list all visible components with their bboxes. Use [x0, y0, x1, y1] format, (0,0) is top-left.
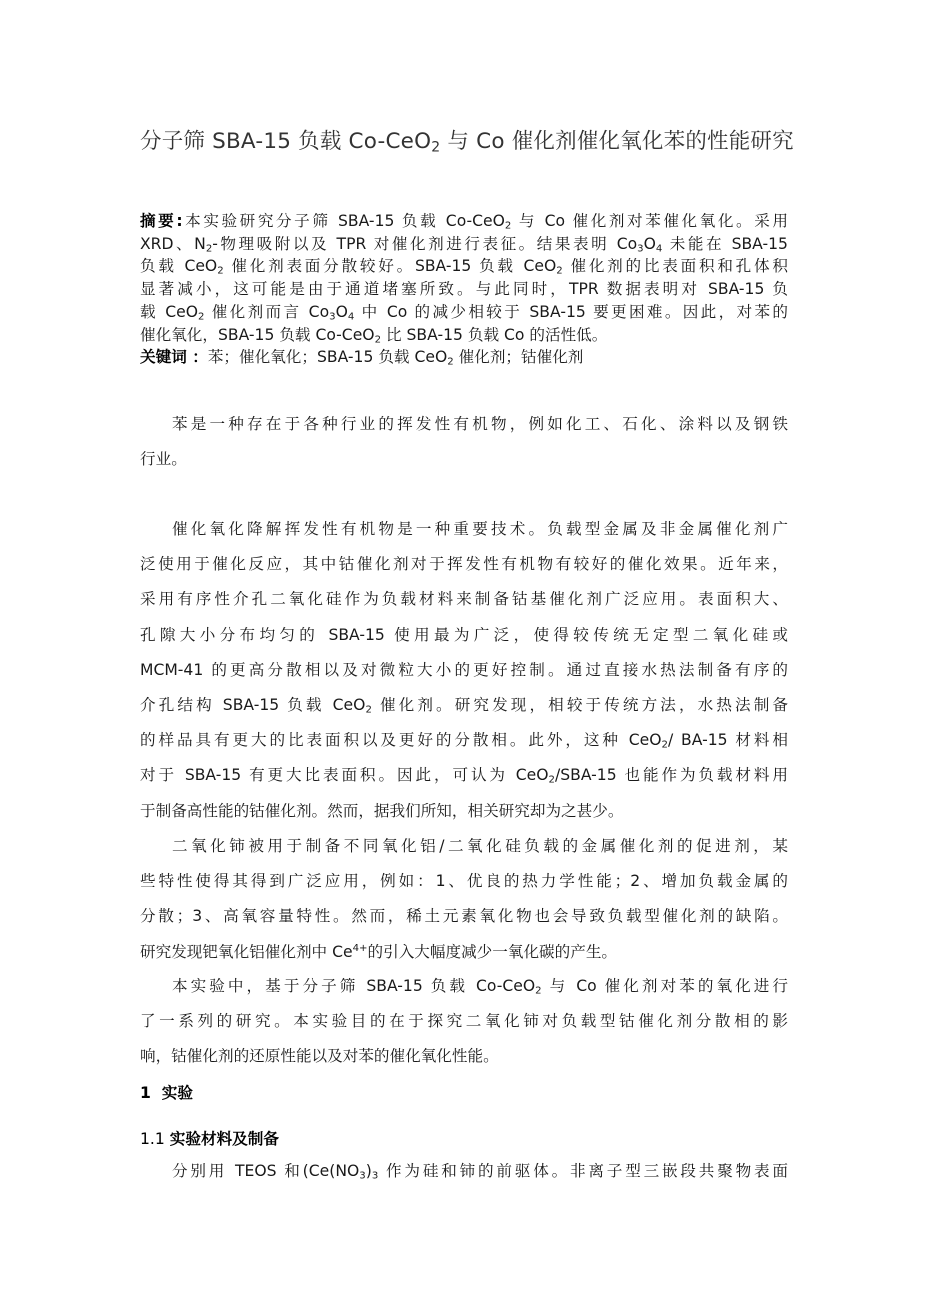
section-number: 1 — [140, 1084, 151, 1102]
subsection-number: 1.1 — [140, 1130, 165, 1148]
text-line: MCM-41 的更高分散相以及对微粒大小的更好控制。通过直接水热法制备有序的 — [140, 653, 788, 688]
text-line: 于制备高性能的钴催化剂。然而，据我们所知，相关研究却为之甚少。 — [140, 794, 788, 829]
text-run: 介孔结构 SBA-15 负载 CeO — [140, 696, 365, 714]
text-line: 行业。 — [140, 442, 788, 477]
paragraph-materials: 分别用 TEOS 和(Ce(NO3)3 作为硅和铈的前驱体。非离子型三嵌段共聚物… — [140, 1154, 788, 1189]
text-run: 本实验研究分子筛 SBA-15 负载 Co-CeO — [183, 212, 505, 230]
text-line: 响，钴催化剂的还原性能以及对苯的催化氧化性能。 — [140, 1039, 788, 1074]
text-run: 催化剂的比表面积和孔体积 — [563, 257, 788, 275]
text-run: 分散；3、高氧容量特性。然而，稀土元素氧化物也会导致负载型催化剂的缺陷。 — [140, 907, 788, 925]
text-run: 响，钴催化剂的还原性能以及对苯的催化氧化性能。 — [140, 1047, 499, 1065]
paragraph-4: 本实验中，基于分子筛 SBA-15 负载 Co-CeO2 与 Co 催化剂对苯的… — [140, 969, 788, 1075]
text-run: 比 SBA-15 负载 Co 的活性低。 — [381, 326, 607, 344]
superscript: 4+ — [353, 943, 368, 954]
subsection-title: 实验材料及制备 — [170, 1130, 279, 1148]
text-run: 分别用 TEOS 和(Ce(NO — [172, 1162, 359, 1180]
text-run: 行业。 — [140, 450, 187, 468]
abstract-line: 载 CeO2 催化剂而言 Co3O4 中 Co 的减少相较于 SBA-15 要更… — [140, 301, 788, 324]
text-run: 苯；催化氧化；SBA-15 负载 CeO — [208, 348, 447, 366]
text-line: 介孔结构 SBA-15 负载 CeO2 催化剂。研究发现，相较于传统方法，水热法… — [140, 688, 788, 723]
text-run: 未能在 SBA-15 — [662, 235, 788, 253]
text-run: 二氧化铈被用于制备不同氧化铝/二氧化硅负载的金属催化剂的促进剂，某 — [172, 837, 788, 855]
text-run: 负载 CeO — [140, 257, 217, 275]
text-run: 本实验中，基于分子筛 SBA-15 负载 Co-CeO — [172, 977, 535, 995]
title-subscript: 2 — [431, 139, 440, 155]
text-run: 载 CeO — [140, 303, 198, 321]
abstract-line: XRD、N2-物理吸附以及 TPR 对催化剂进行表征。结果表明 Co3O4 未能… — [140, 233, 788, 256]
text-line: 孔隙大小分布均匀的 SBA-15 使用最为广泛，使得较传统无定型二氧化硅或 — [140, 618, 788, 653]
text-run: -物理吸附以及 TPR 对催化剂进行表征。结果表明 Co — [212, 235, 637, 253]
abstract-label: 摘要: — [140, 212, 183, 230]
text-run: 催化氧化，SBA-15 负载 Co-CeO — [140, 326, 375, 344]
paragraph-2: 催化氧化降解挥发性有机物是一种重要技术。负载型金属及非金属催化剂广泛使用于催化反… — [140, 512, 788, 829]
text-run: O — [336, 303, 348, 321]
text-run: 催化氧化降解挥发性有机物是一种重要技术。负载型金属及非金属催化剂广 — [172, 520, 788, 538]
section-heading-1-1: 1.1 实验材料及制备 — [140, 1127, 279, 1149]
text-run: 研究发现钯氧化铝催化剂中 Ce — [140, 943, 353, 961]
text-run: 催化剂而言 Co — [204, 303, 329, 321]
text-run: 采用有序性介孔二氧化硅作为负载材料来制备钴基催化剂广泛应用。表面积大、 — [140, 590, 788, 608]
text-line: 催化氧化降解挥发性有机物是一种重要技术。负载型金属及非金属催化剂广 — [140, 512, 788, 547]
text-line: 了一系列的研究。本实验目的在于探究二氧化铈对负载型钴催化剂分散相的影 — [140, 1004, 788, 1039]
section-title: 实验 — [162, 1084, 193, 1102]
keywords-text: 苯；催化氧化；SBA-15 负载 CeO2 催化剂；钴催化剂 — [208, 348, 584, 366]
text-run: 与 Co 催化剂对苯催化氧化。采用 — [511, 212, 788, 230]
text-run: 的引入大幅度减少一氧化碳的产生。 — [368, 943, 618, 961]
abstract-line: 显著减小，这可能是由于通道堵塞所致。与此同时，TPR 数据表明对 SBA-15 … — [140, 278, 788, 301]
text-run: 些特性使得其得到广泛应用，例如：1、优良的热力学性能；2、增加负载金属的 — [140, 872, 788, 890]
paragraph-3: 二氧化铈被用于制备不同氧化铝/二氧化硅负载的金属催化剂的促进剂，某些特性使得其得… — [140, 829, 788, 970]
text-line: 采用有序性介孔二氧化硅作为负载材料来制备钴基催化剂广泛应用。表面积大、 — [140, 582, 788, 617]
text-run: /SBA-15 也能作为负载材料用 — [555, 766, 788, 784]
paper-title: 分子筛 SBA-15 负载 Co-CeO2 与 Co 催化剂催化氧化苯的性能研究 — [140, 124, 788, 155]
text-line: 分散；3、高氧容量特性。然而，稀土元素氧化物也会导致负载型催化剂的缺陷。 — [140, 899, 788, 934]
text-run: 催化剂表面分散较好。SBA-15 负载 CeO — [224, 257, 557, 275]
paragraph-1: 苯是一种存在于各种行业的挥发性有机物，例如化工、石化、涂料以及钢铁行业。 — [140, 407, 788, 477]
abstract-line: 负载 CeO2 催化剂表面分散较好。SBA-15 负载 CeO2 催化剂的比表面… — [140, 255, 788, 278]
section-heading-1: 1 实验 — [140, 1081, 193, 1103]
text-line: 的样品具有更大的比表面积以及更好的分散相。此外，这种 CeO2/ BA-15 材… — [140, 723, 788, 758]
text-line: 二氧化铈被用于制备不同氧化铝/二氧化硅负载的金属催化剂的促进剂，某 — [140, 829, 788, 864]
abstract-line: 催化氧化，SBA-15 负载 Co-CeO2 比 SBA-15 负载 Co 的活… — [140, 324, 788, 347]
keywords: 关键词 ：苯；催化氧化；SBA-15 负载 CeO2 催化剂；钴催化剂 — [140, 346, 788, 369]
text-run: 对于 SBA-15 有更大比表面积。因此，可认为 CeO — [140, 766, 549, 784]
text-run: MCM-41 的更高分散相以及对微粒大小的更好控制。通过直接水热法制备有序的 — [140, 661, 788, 679]
abstract: 摘要:本实验研究分子筛 SBA-15 负载 Co-CeO2 与 Co 催化剂对苯… — [140, 210, 788, 369]
text-run: 了一系列的研究。本实验目的在于探究二氧化铈对负载型钴催化剂分散相的影 — [140, 1012, 788, 1030]
text-run: 孔隙大小分布均匀的 SBA-15 使用最为广泛，使得较传统无定型二氧化硅或 — [140, 626, 788, 644]
text-line: 些特性使得其得到广泛应用，例如：1、优良的热力学性能；2、增加负载金属的 — [140, 864, 788, 899]
text-run: 催化剂。研究发现，相较于传统方法，水热法制备 — [372, 696, 788, 714]
text-line: 苯是一种存在于各种行业的挥发性有机物，例如化工、石化、涂料以及钢铁 — [140, 407, 788, 442]
text-line: 分别用 TEOS 和(Ce(NO3)3 作为硅和铈的前驱体。非离子型三嵌段共聚物… — [140, 1154, 788, 1189]
title-text-end: 与 Co 催化剂催化氧化苯的性能研究 — [440, 129, 793, 154]
text-line: 泛使用于催化反应，其中钴催化剂对于挥发性有机物有较好的催化效果。近年来， — [140, 547, 788, 582]
text-run: O — [644, 235, 656, 253]
keywords-label: 关键词 ： — [140, 348, 208, 366]
text-line: 本实验中，基于分子筛 SBA-15 负载 Co-CeO2 与 Co 催化剂对苯的… — [140, 969, 788, 1004]
text-run: 作为硅和铈的前驱体。非离子型三嵌段共聚物表面 — [378, 1162, 788, 1180]
text-run: 显著减小，这可能是由于通道堵塞所致。与此同时，TPR 数据表明对 SBA-15 … — [140, 280, 788, 298]
abstract-body: 摘要:本实验研究分子筛 SBA-15 负载 Co-CeO2 与 Co 催化剂对苯… — [140, 210, 788, 346]
text-run: 与 Co 催化剂对苯的氧化进行 — [542, 977, 788, 995]
abstract-line: 摘要:本实验研究分子筛 SBA-15 负载 Co-CeO2 与 Co 催化剂对苯… — [140, 210, 788, 233]
text-run: / BA-15 材料相 — [668, 731, 788, 749]
text-run: XRD、N — [140, 235, 206, 253]
text-run: 中 Co 的减少相较于 SBA-15 要更困难。因此，对苯的 — [354, 303, 788, 321]
text-run: 催化剂；钴催化剂 — [454, 348, 584, 366]
text-line: 对于 SBA-15 有更大比表面积。因此，可认为 CeO2/SBA-15 也能作… — [140, 758, 788, 793]
text-run: 于制备高性能的钴催化剂。然而，据我们所知，相关研究却为之甚少。 — [140, 802, 623, 820]
text-run: 泛使用于催化反应，其中钴催化剂对于挥发性有机物有较好的催化效果。近年来， — [140, 555, 788, 573]
text-run: 苯是一种存在于各种行业的挥发性有机物，例如化工、石化、涂料以及钢铁 — [172, 415, 788, 433]
text-run: 的样品具有更大的比表面积以及更好的分散相。此外，这种 CeO — [140, 731, 661, 749]
title-text: 分子筛 SBA-15 负载 Co-CeO — [140, 129, 431, 154]
text-line: 研究发现钯氧化铝催化剂中 Ce4+的引入大幅度减少一氧化碳的产生。 — [140, 935, 788, 970]
